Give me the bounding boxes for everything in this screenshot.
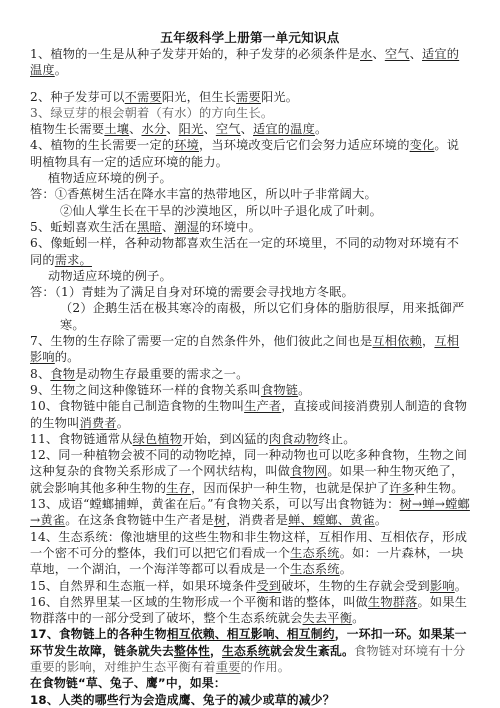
underlined-keyword: 树 (214, 513, 226, 527)
underlined-keyword: 生态系统 (290, 562, 340, 576)
text-segment: 2、种子发芽可以 (30, 90, 125, 104)
underlined-keyword: 重要 (216, 660, 241, 674)
underlined-keyword: 阳光 (179, 122, 204, 136)
underlined-keyword: 生物群落 (368, 595, 418, 609)
underlined-keyword: 绿色植物 (133, 432, 183, 446)
text-segment: 动物适应环境的例子。 (48, 269, 172, 283)
text-segment: 种生物。 (414, 481, 464, 495)
paragraph: 2、种子发芽可以不需要阳光，但生长需要阳光。 (30, 89, 470, 105)
text-segment: 阳光，但生长 (162, 90, 236, 104)
underlined-keyword: 相互依赖、相互影响、相互制约 (167, 627, 335, 641)
text-segment: 4、植物的生长需要一定的 (30, 138, 174, 152)
text-segment: 。 (298, 383, 310, 397)
underlined-keyword: 土壤 (104, 122, 129, 136)
underlined-keyword: 生态系统 (290, 546, 340, 560)
paragraph: 6、像蚯蚓一样，各种动物都喜欢生活在一定的环境里，不同的动物对环境有不同的需求。 (30, 235, 470, 268)
underlined-keyword: 潮湿 (174, 220, 199, 234)
paragraph: 12、同一种植物会被不同的动物吃掉，同一种动物也可以吃多种食物，生物之间这种复杂… (30, 447, 470, 496)
underlined-keyword: 受到 (257, 579, 282, 593)
underlined-keyword: 不需要 (125, 90, 162, 104)
text-segment: ， (210, 644, 222, 658)
text-segment: 。 (455, 579, 467, 593)
underlined-keyword: 生产者 (244, 399, 281, 413)
text-segment: 18、人类的哪些行为会造成鹰、兔子的减少或草的减少？ (30, 693, 335, 707)
underlined-keyword: 黑暗 (137, 220, 162, 234)
underlined-keyword: 整体性 (174, 644, 210, 658)
underlined-keyword: 空气 (216, 122, 241, 136)
text-segment: 植物生长需要 (30, 122, 104, 136)
paragraph: ②仙人掌生长在干旱的沙漠地区，所以叶子退化成了叶刺。 (30, 203, 470, 219)
text-segment: 阳光。 (261, 90, 298, 104)
text-segment: 是动物生存最重要的需求之一。 (75, 367, 248, 381)
text-segment: 9、生物之间这种像链环一样的食物关系叫 (30, 383, 261, 397)
paragraph: 植物生长需要土壤、水分、阳光、空气、适宜的温度。 (30, 121, 470, 137)
text-segment: 。 (352, 611, 364, 625)
text-segment: 1、植物的一生是从种子发芽开始的，种子发芽的必须条件是 (30, 47, 360, 61)
text-segment: 开始，到凶猛的 (182, 432, 269, 446)
document-body: 1、植物的一生是从种子发芽开始的，种子发芽的必须条件是水、空气、适宜的温度。2、… (30, 46, 470, 708)
paragraph: 答：①香蕉树生活在降水丰富的热带地区，所以叶子非常阔大。 (30, 186, 470, 202)
underlined-keyword: 许多 (389, 481, 414, 495)
paragraph: 15、自然界和生态瓶一样，如果环境条件受到破坏，生物的生存就会受到影响。 (30, 578, 470, 594)
paragraph: 11、食物链通常从绿色植物开始，到凶猛的肉食动物终止。 (30, 431, 470, 447)
text-segment: 6、像蚯蚓一样，各种动物都喜欢生活在一定的环境里，不同的动物对环境有不同的 (30, 236, 459, 266)
text-segment: 、 (129, 122, 141, 136)
underlined-keyword: 蝉、螳螂、黄雀 (288, 513, 375, 527)
text-segment: 16、自然界里某一区域的生物形成一个平衡和谐的整体，叫做 (30, 595, 368, 609)
text-segment: 。 (117, 416, 129, 430)
paragraph: 3、绿豆芽的根会朝着（有水）的方向生长。 (30, 105, 470, 121)
underlined-keyword: 环境 (174, 138, 199, 152)
document-page: 五年级科学上册第一单元知识点 1、植物的一生是从种子发芽开始的，种子发芽的必须条… (30, 30, 470, 708)
underlined-keyword: 生存 (166, 481, 191, 495)
underlined-keyword: 食物链 (261, 383, 298, 397)
text-segment: ，当环境改变后它们会努力适应环境的 (199, 138, 410, 152)
text-segment: 7、生物的生存除了需要一定的自然条件外，他们彼此之间也是 (30, 334, 372, 348)
paragraph: （2）企鹅生活在极其寒冷的南极，所以它们身体的脂肪很厚，用来抵御严寒。 (30, 300, 470, 333)
text-segment: 5、蚯蚓喜欢生活在 (30, 220, 137, 234)
underlined-keyword: 水分 (142, 122, 167, 136)
text-segment: 。 (315, 122, 327, 136)
paragraph: 7、生物的生存除了需要一定的自然条件外，他们彼此之间也是互相依赖，互相影响的。 (30, 333, 470, 366)
text-segment: 的。 (55, 350, 80, 364)
underlined-keyword: 食物网 (290, 464, 327, 478)
paragraph: 10、食物链中能自己制造食物的生物叫生产者，直接或间接消费别人制造的食物的生物叫… (30, 398, 470, 431)
text-segment: 10、食物链中能自己制造食物的生物叫 (30, 399, 244, 413)
underlined-keyword: 需要 (236, 90, 261, 104)
text-segment: ，因而保护一种生物，也就是保护了 (191, 481, 389, 495)
underlined-keyword: 水 (360, 47, 372, 61)
underlined-keyword: 肉食动物 (269, 432, 319, 446)
text-segment: 13、成语“螳螂捕蝉，黄雀在后。”有食物关系，可以写出食物链为： (30, 497, 400, 511)
text-segment: （2）企鹅生活在极其寒冷的南极，所以它们身体的脂肪很厚，用来抵御严寒。 (60, 301, 464, 331)
text-segment: 答：（1）青蛙为了满足自身对环境的需要会寻找地方冬眠。 (30, 285, 354, 299)
text-segment: 17、食物链上的各种生物 (30, 627, 167, 641)
text-segment: 。 (375, 513, 387, 527)
underlined-keyword: 需求。 (55, 253, 92, 267)
text-segment: 、 (203, 122, 215, 136)
paragraph: 答：（1）青蛙为了满足自身对环境的需要会寻找地方冬眠。 (30, 284, 470, 300)
text-segment: 15、自然界和生态瓶一样，如果环境条件 (30, 579, 257, 593)
paragraph: 13、成语“螳螂捕蝉，黄雀在后。”有食物关系，可以写出食物链为：树→蝉→螳螂→黄… (30, 496, 470, 529)
text-segment: 8、 (30, 367, 50, 381)
underlined-keyword: 消费者 (80, 416, 117, 430)
text-segment: 在食物链“草、兔子、鹰”中，如果： (30, 676, 226, 690)
text-segment: 植物适应环境的例子。 (48, 171, 172, 185)
text-segment: 、 (162, 220, 174, 234)
paragraph: 在食物链“草、兔子、鹰”中，如果： (30, 675, 470, 691)
underlined-keyword: 互相依赖 (372, 334, 422, 348)
text-segment: 、 (241, 122, 253, 136)
underlined-keyword: 影响 (430, 579, 455, 593)
underlined-keyword: 失去平衡 (303, 611, 353, 625)
paragraph: 4、植物的生长需要一定的环境，当环境改变后它们会努力适应环境的变化。说明植物具有… (30, 137, 470, 170)
paragraph: 植物适应环境的例子。 (30, 170, 470, 186)
page-title: 五年级科学上册第一单元知识点 (30, 30, 470, 46)
paragraph: 18、人类的哪些行为会造成鹰、兔子的减少或草的减少？ (30, 692, 470, 708)
text-segment: 11、食物链通常从 (30, 432, 133, 446)
text-segment: 的作用。 (241, 660, 291, 674)
paragraph: 16、自然界里某一区域的生物形成一个平衡和谐的整体，叫做生物群落。如果生物群落中… (30, 594, 470, 627)
underlined-keyword: 适宜的温度 (253, 122, 315, 136)
text-segment: 终止。 (318, 432, 355, 446)
underlined-keyword: 生态系统 (222, 644, 270, 658)
text-segment: 。 (55, 63, 67, 77)
paragraph: 1、植物的一生是从种子发芽开始的，种子发芽的必须条件是水、空气、适宜的温度。 (30, 46, 470, 79)
text-segment: 的环境中。 (199, 220, 261, 234)
text-segment: ， (422, 334, 434, 348)
text-segment: 、 (166, 122, 178, 136)
text-segment: ②仙人掌生长在干旱的沙漠地区，所以叶子退化成了叶刺。 (60, 204, 382, 218)
paragraph: 9、生物之间这种像链环一样的食物关系叫食物链。 (30, 382, 470, 398)
paragraph: 动物适应环境的例子。 (30, 268, 470, 284)
text-segment: 就会发生紊乱。 (270, 644, 354, 658)
underlined-keyword: 食物 (50, 367, 75, 381)
text-segment: 、 (372, 47, 384, 61)
paragraph: 14、生态系统：像池塘里的这些生物和非生物这样，互相作用、互相依存，形成一个密不… (30, 529, 470, 578)
paragraph: 8、食物是动物生存最重要的需求之一。 (30, 366, 470, 382)
paragraph: 5、蚯蚓喜欢生活在黑暗、潮湿的环境中。 (30, 219, 470, 235)
text-segment: ，消费者是 (226, 513, 288, 527)
text-segment: 3、绿豆芽的根会朝着（有水）的方向生长。 (30, 106, 273, 120)
text-segment: 。在这条食物链中生产者是 (65, 513, 214, 527)
underlined-keyword: 变化 (410, 138, 435, 152)
spacer (30, 79, 470, 89)
underlined-keyword: 空气 (385, 47, 410, 61)
text-segment: 破坏，生物的生存就会受到 (281, 579, 430, 593)
paragraph: 17、食物链上的各种生物相互依赖、相互影响、相互制约，一环扣一环。如果某一环节发… (30, 626, 470, 675)
text-segment: 、 (410, 47, 422, 61)
text-segment: 。 (340, 562, 352, 576)
text-segment: 答：①香蕉树生活在降水丰富的热带地区，所以叶子非常阔大。 (30, 187, 377, 201)
